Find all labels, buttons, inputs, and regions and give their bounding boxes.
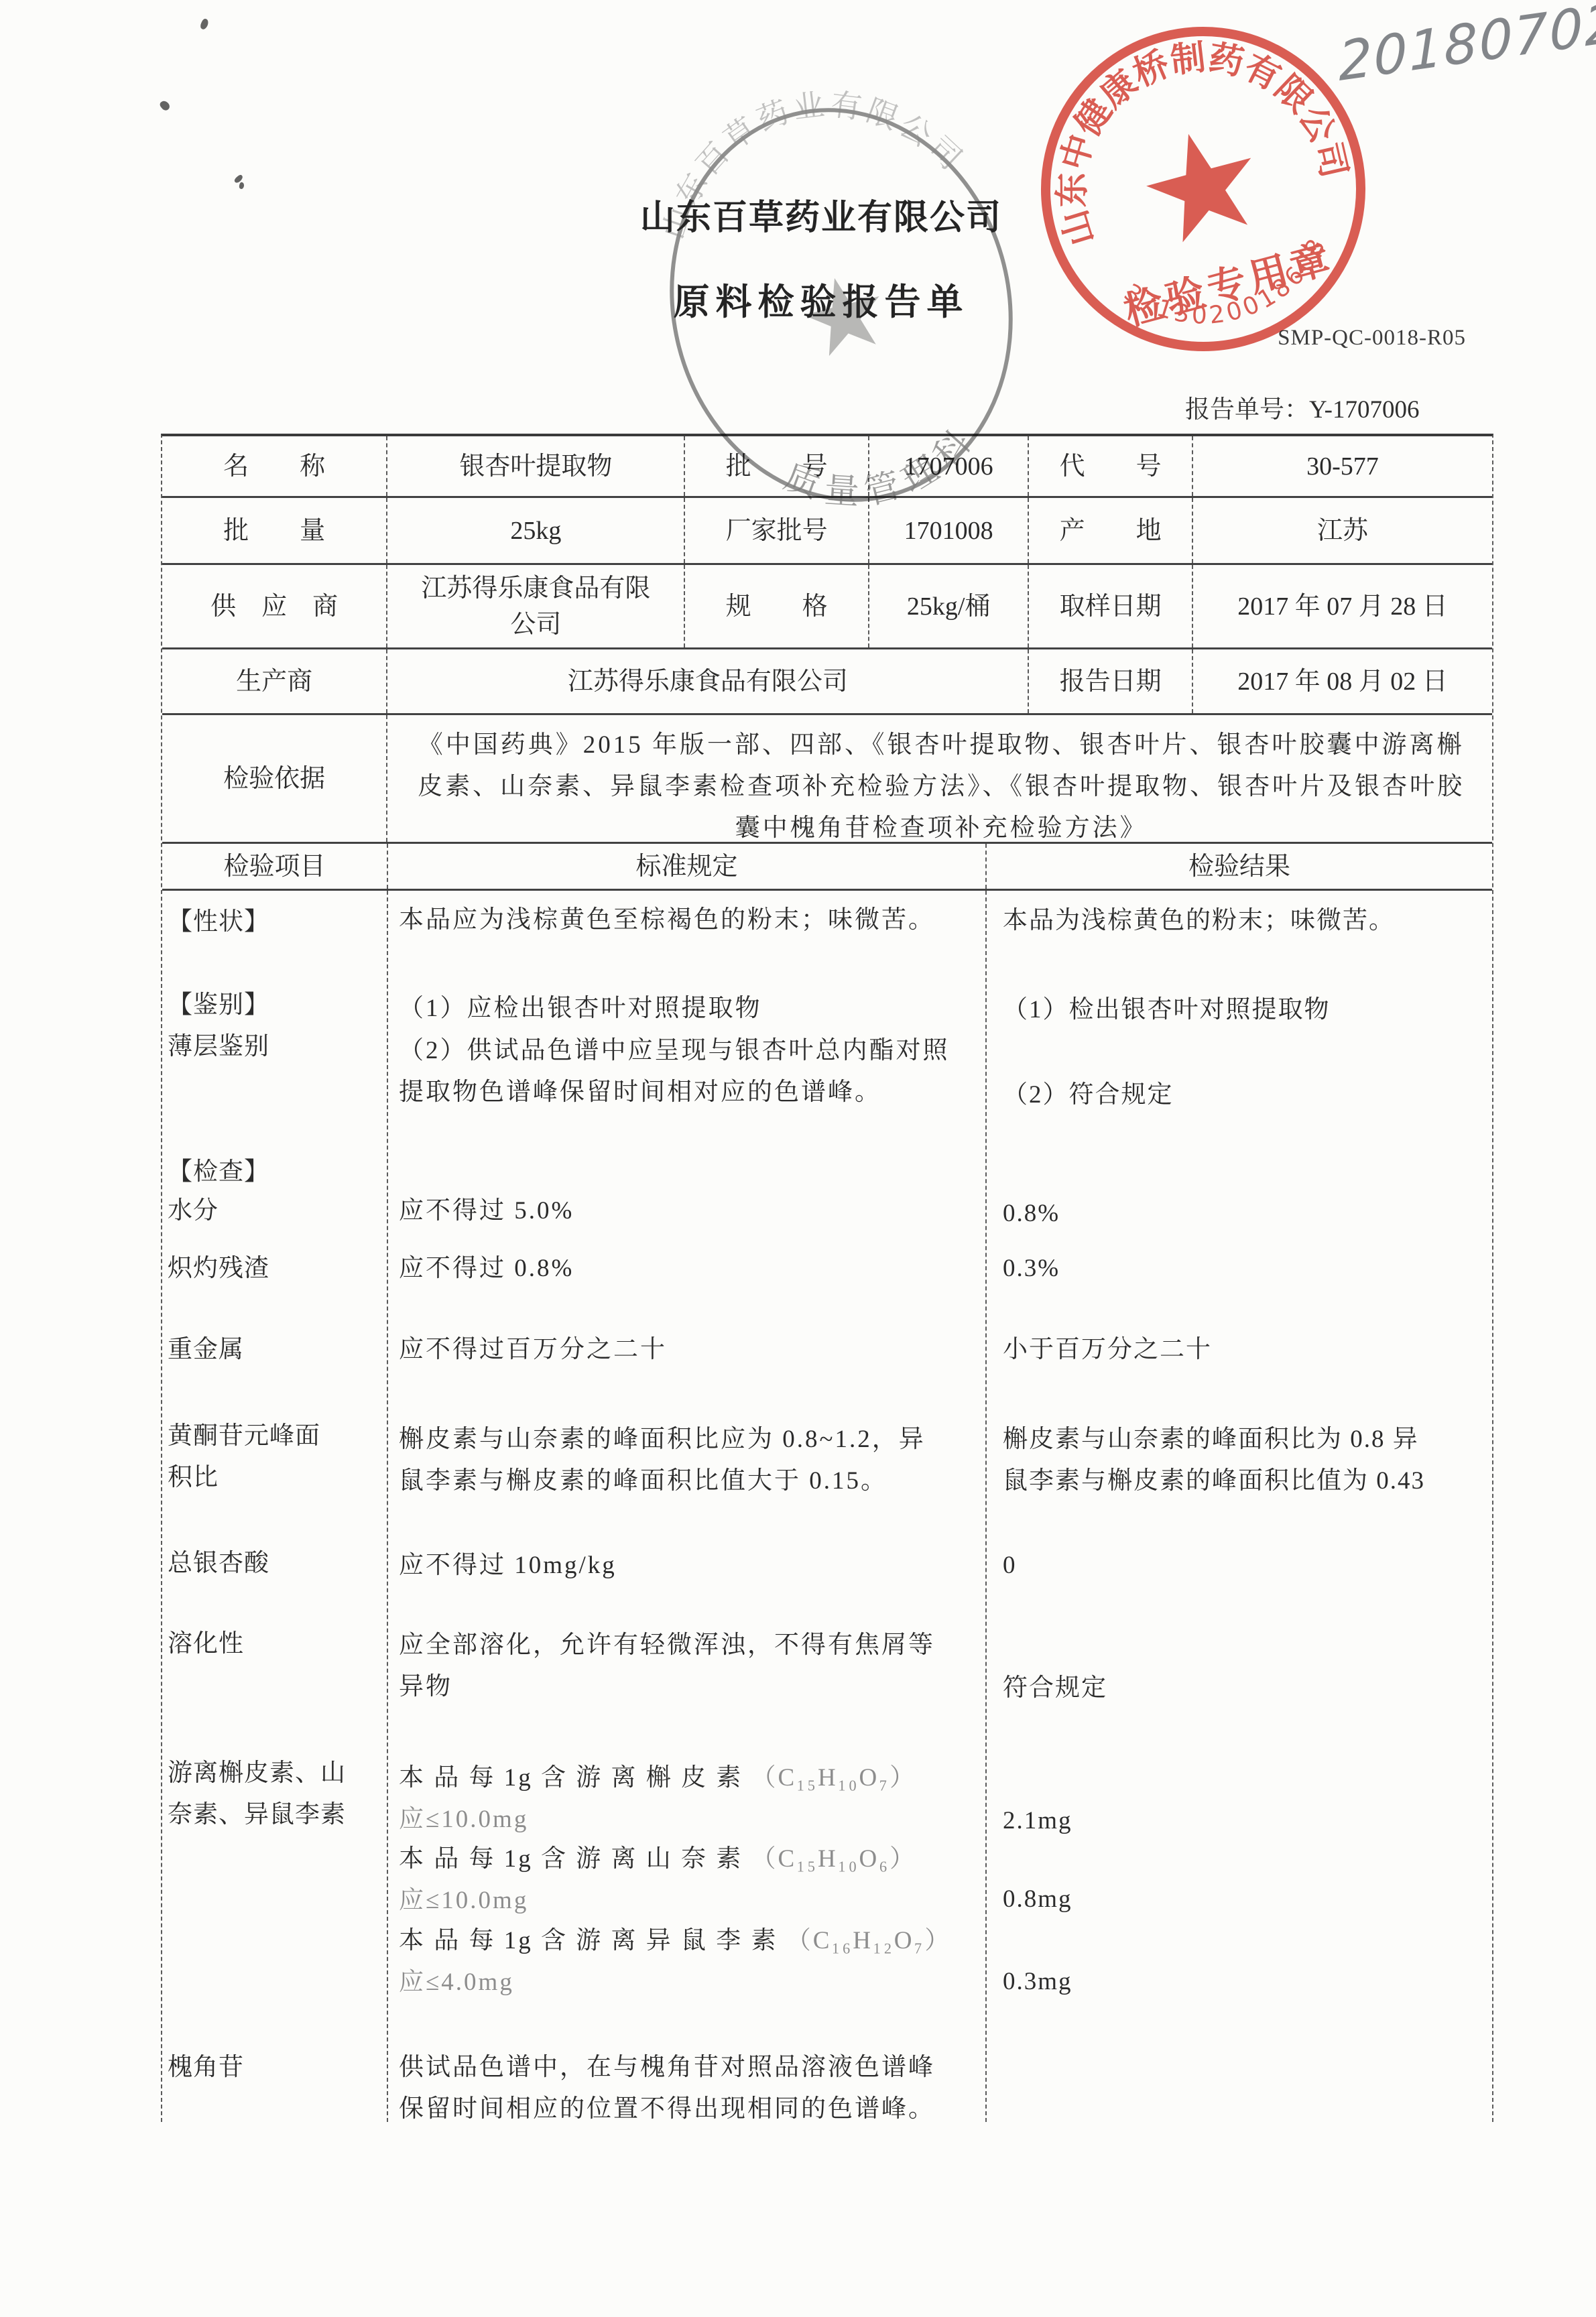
inspection-report-page: 20180702067 山东百草药业有限公司 质量管理科 山东中健康桥制药有限公… xyxy=(0,0,1596,2317)
result-identification-1: （1）检出银杏叶对照提取物 xyxy=(1003,989,1485,1031)
report-number: 报告单号：Y-1707006 xyxy=(1185,389,1467,425)
section-label-examination: 【检查】 xyxy=(168,1151,389,1193)
test-label-moisture: 水分 xyxy=(168,1190,389,1232)
quercetin-limit: 应≤10.0mg xyxy=(399,1806,528,1833)
stamp-star-icon xyxy=(1136,120,1268,247)
field-name-label: 名 称 xyxy=(162,436,387,496)
field-origin-value: 江苏 xyxy=(1193,498,1492,563)
result-free-quercetin: 2.1mg xyxy=(1003,1800,1485,1842)
test-label-solubility: 溶化性 xyxy=(168,1623,389,1665)
quercetin-formula: （C₁₅H₁₀O₇） xyxy=(751,1764,917,1792)
result-ginkgolic-acid: 0 xyxy=(1003,1545,1485,1586)
identification-label-line2: 薄层鉴别 xyxy=(168,1033,269,1060)
company-title: 山东百草药业有限公司 xyxy=(607,189,1036,239)
inspection-stamp: 山东中健康桥制药有限公司 检验专用章 3713020018608 xyxy=(1009,0,1398,383)
standard-free-kaempferol: 本 品 每 1g 含 游 离 山 奈 素 （C₁₅H₁₀O₆）应≤10.0mg xyxy=(399,1838,981,1922)
column-header-result: 检验结果 xyxy=(987,844,1492,889)
report-table: 名 称 银杏叶提取物 批 号 1707006 代 号 30-577 批 量 25… xyxy=(161,434,1493,2122)
standard-solubility: 应全部溶化，允许有轻微浑浊，不得有焦屑等 异物 xyxy=(399,1625,981,1708)
isorhamnetin-main-text: 本 品 每 1g 含 游 离 异 鼠 李 素 xyxy=(399,1927,778,1954)
standard-moisture: 应不得过 5.0% xyxy=(399,1190,981,1232)
test-label-ginkgolic-acid: 总银杏酸 xyxy=(168,1543,389,1584)
basis-text: 《中国药典》2015 年版一部、四部、《银杏叶提取物、银杏叶片、银杏叶胶囊中游离… xyxy=(401,725,1481,849)
field-manufacturer-label: 生产商 xyxy=(162,649,387,713)
isorhamnetin-limit: 应≤4.0mg xyxy=(399,1968,514,1996)
field-origin-label: 产 地 xyxy=(1029,498,1193,563)
quercetin-main-text: 本 品 每 1g 含 游 离 槲 皮 素 xyxy=(399,1764,743,1792)
field-code-value: 30-577 xyxy=(1193,436,1492,496)
field-code-label: 代 号 xyxy=(1029,436,1193,496)
basis-line: 囊中槐角苷检查项补充检验方法》 xyxy=(401,808,1481,849)
field-manufacturer-value: 江苏得乐康食品有限公司 xyxy=(387,649,1029,713)
test-label-flavonoid-ratio: 黄酮苷元峰面 积比 xyxy=(168,1416,389,1499)
field-supplier-value: 江苏得乐康食品有限公司 xyxy=(387,565,685,647)
test-label-ignition-residue: 炽灼残渣 xyxy=(168,1248,389,1290)
standard-sophoricoside: 供试品色谱中，在与槐角苷对照品溶液色谱峰 保留时间相应的位置不得出现相同的色谱峰… xyxy=(399,2047,981,2130)
standard-flavonoid-ratio: 槲皮素与山奈素的峰面积比应为 0.8~1.2，异 鼠李素与槲皮素的峰面积比值大于… xyxy=(399,1419,981,1502)
isorhamnetin-formula: （C₁₆H₁₂O₇） xyxy=(786,1927,952,1954)
basis-line: 《中国药典》2015 年版一部、四部、《银杏叶提取物、银杏叶片、银杏叶胶囊中游离… xyxy=(401,725,1481,766)
test-label-heavy-metals: 重金属 xyxy=(168,1329,389,1371)
test-label-identification: 【鉴别】薄层鉴别 xyxy=(168,985,389,1068)
column-header-item: 检验项目 xyxy=(162,844,388,889)
result-appearance: 本品为浅棕黄色的粉末；味微苦。 xyxy=(1003,900,1485,942)
standard-free-isorhamnetin: 本 品 每 1g 含 游 离 异 鼠 李 素 （C₁₆H₁₂O₇）应≤4.0mg xyxy=(399,1920,981,2003)
standard-free-quercetin: 本 品 每 1g 含 游 离 槲 皮 素 （C₁₅H₁₀O₇）应≤10.0mg xyxy=(399,1757,981,1840)
test-label-free-aglycones: 游离槲皮素、山 奈素、异鼠李素 xyxy=(168,1753,389,1836)
standard-identification-1: （1）应检出银杏叶对照提取物 xyxy=(399,988,981,1029)
field-spec-label: 规 格 xyxy=(685,565,869,647)
kaempferol-main-text: 本 品 每 1g 含 游 离 山 奈 素 xyxy=(399,1845,743,1873)
test-label-appearance: 【性状】 xyxy=(168,901,389,943)
scan-speck xyxy=(199,18,210,31)
test-label-sophoricoside: 槐角苷 xyxy=(168,2047,389,2088)
report-number-label: 报告单号： xyxy=(1185,396,1309,424)
field-batch-qty-label: 批 量 xyxy=(162,498,387,563)
standard-identification-2: （2）供试品色谱中应呈现与银杏叶总内酯对照 提取物色谱峰保留时间相对应的色谱峰。 xyxy=(399,1030,981,1113)
result-flavonoid-ratio: 槲皮素与山奈素的峰面积比为 0.8 异 鼠李素与槲皮素的峰面积比值为 0.43 xyxy=(1003,1419,1485,1502)
field-sampling-date-label: 取样日期 xyxy=(1029,565,1193,647)
supplier-value-text: 江苏得乐康食品有限公司 xyxy=(412,570,660,643)
field-basis-label: 检验依据 xyxy=(162,715,387,842)
result-free-isorhamnetin: 0.3mg xyxy=(1003,1961,1485,2003)
standard-appearance: 本品应为浅棕黄色至棕褐色的粉末；味微苦。 xyxy=(399,899,981,941)
field-report-date-value: 2017 年 08 月 02 日 xyxy=(1193,649,1492,713)
field-basis-value: 《中国药典》2015 年版一部、四部、《银杏叶提取物、银杏叶片、银杏叶胶囊中游离… xyxy=(387,715,1492,842)
result-solubility: 符合规定 xyxy=(1003,1668,1485,1709)
body-col-items: 【性状】 【鉴别】薄层鉴别 【检查】 水分 炽灼残渣 重金属 黄酮苷元峰面 积比… xyxy=(162,891,388,2122)
table-row-manufacturer: 生产商 江苏得乐康食品有限公司 报告日期 2017 年 08 月 02 日 xyxy=(162,649,1492,715)
seal-dept-text: 质量管理科 xyxy=(772,412,995,532)
field-supplier-label: 供 应 商 xyxy=(162,565,387,647)
field-report-date-label: 报告日期 xyxy=(1029,649,1193,713)
result-identification-2: （2）符合规定 xyxy=(1003,1074,1485,1116)
identification-label-line1: 【鉴别】 xyxy=(168,991,269,1019)
field-sampling-date-value: 2017 年 07 月 28 日 xyxy=(1193,565,1492,647)
svg-text:质量管理科: 质量管理科 xyxy=(772,412,995,532)
table-header-row: 检验项目 标准规定 检验结果 xyxy=(162,844,1492,891)
standard-ignition-residue: 应不得过 0.8% xyxy=(399,1248,981,1290)
result-ignition-residue: 0.3% xyxy=(1003,1248,1485,1290)
scan-speck xyxy=(239,182,245,189)
scan-speck xyxy=(159,99,172,112)
doc-title: 原料检验报告单 xyxy=(607,273,1036,325)
basis-line: 皮素、山奈素、异鼠李素检查项补充检验方法》、《银杏叶提取物、银杏叶片及银杏叶胶 xyxy=(401,766,1481,808)
report-number-value: Y-1707006 xyxy=(1309,396,1419,424)
field-spec-value: 25kg/桶 xyxy=(869,565,1030,647)
body-col-standards: 本品应为浅棕黄色至棕褐色的粉末；味微苦。 （1）应检出银杏叶对照提取物 （2）供… xyxy=(388,891,987,2122)
table-row-basis: 检验依据 《中国药典》2015 年版一部、四部、《银杏叶提取物、银杏叶片、银杏叶… xyxy=(162,715,1492,844)
kaempferol-formula: （C₁₅H₁₀O₆） xyxy=(751,1845,917,1873)
table-row-supplier: 供 应 商 江苏得乐康食品有限公司 规 格 25kg/桶 取样日期 2017 年… xyxy=(162,565,1492,649)
standard-ginkgolic-acid: 应不得过 10mg/kg xyxy=(399,1545,981,1586)
kaempferol-limit: 应≤10.0mg xyxy=(399,1887,528,1914)
standard-heavy-metals: 应不得过百万分之二十 xyxy=(399,1329,981,1371)
column-header-standard: 标准规定 xyxy=(388,844,987,889)
result-moisture: 0.8% xyxy=(1003,1193,1485,1235)
body-col-results: 本品为浅棕黄色的粉末；味微苦。 （1）检出银杏叶对照提取物 （2）符合规定 0.… xyxy=(987,891,1492,2122)
result-free-kaempferol: 0.8mg xyxy=(1003,1879,1485,1920)
result-heavy-metals: 小于百万分之二十 xyxy=(1003,1329,1485,1371)
table-body: 【性状】 【鉴别】薄层鉴别 【检查】 水分 炽灼残渣 重金属 黄酮苷元峰面 积比… xyxy=(162,891,1492,2122)
